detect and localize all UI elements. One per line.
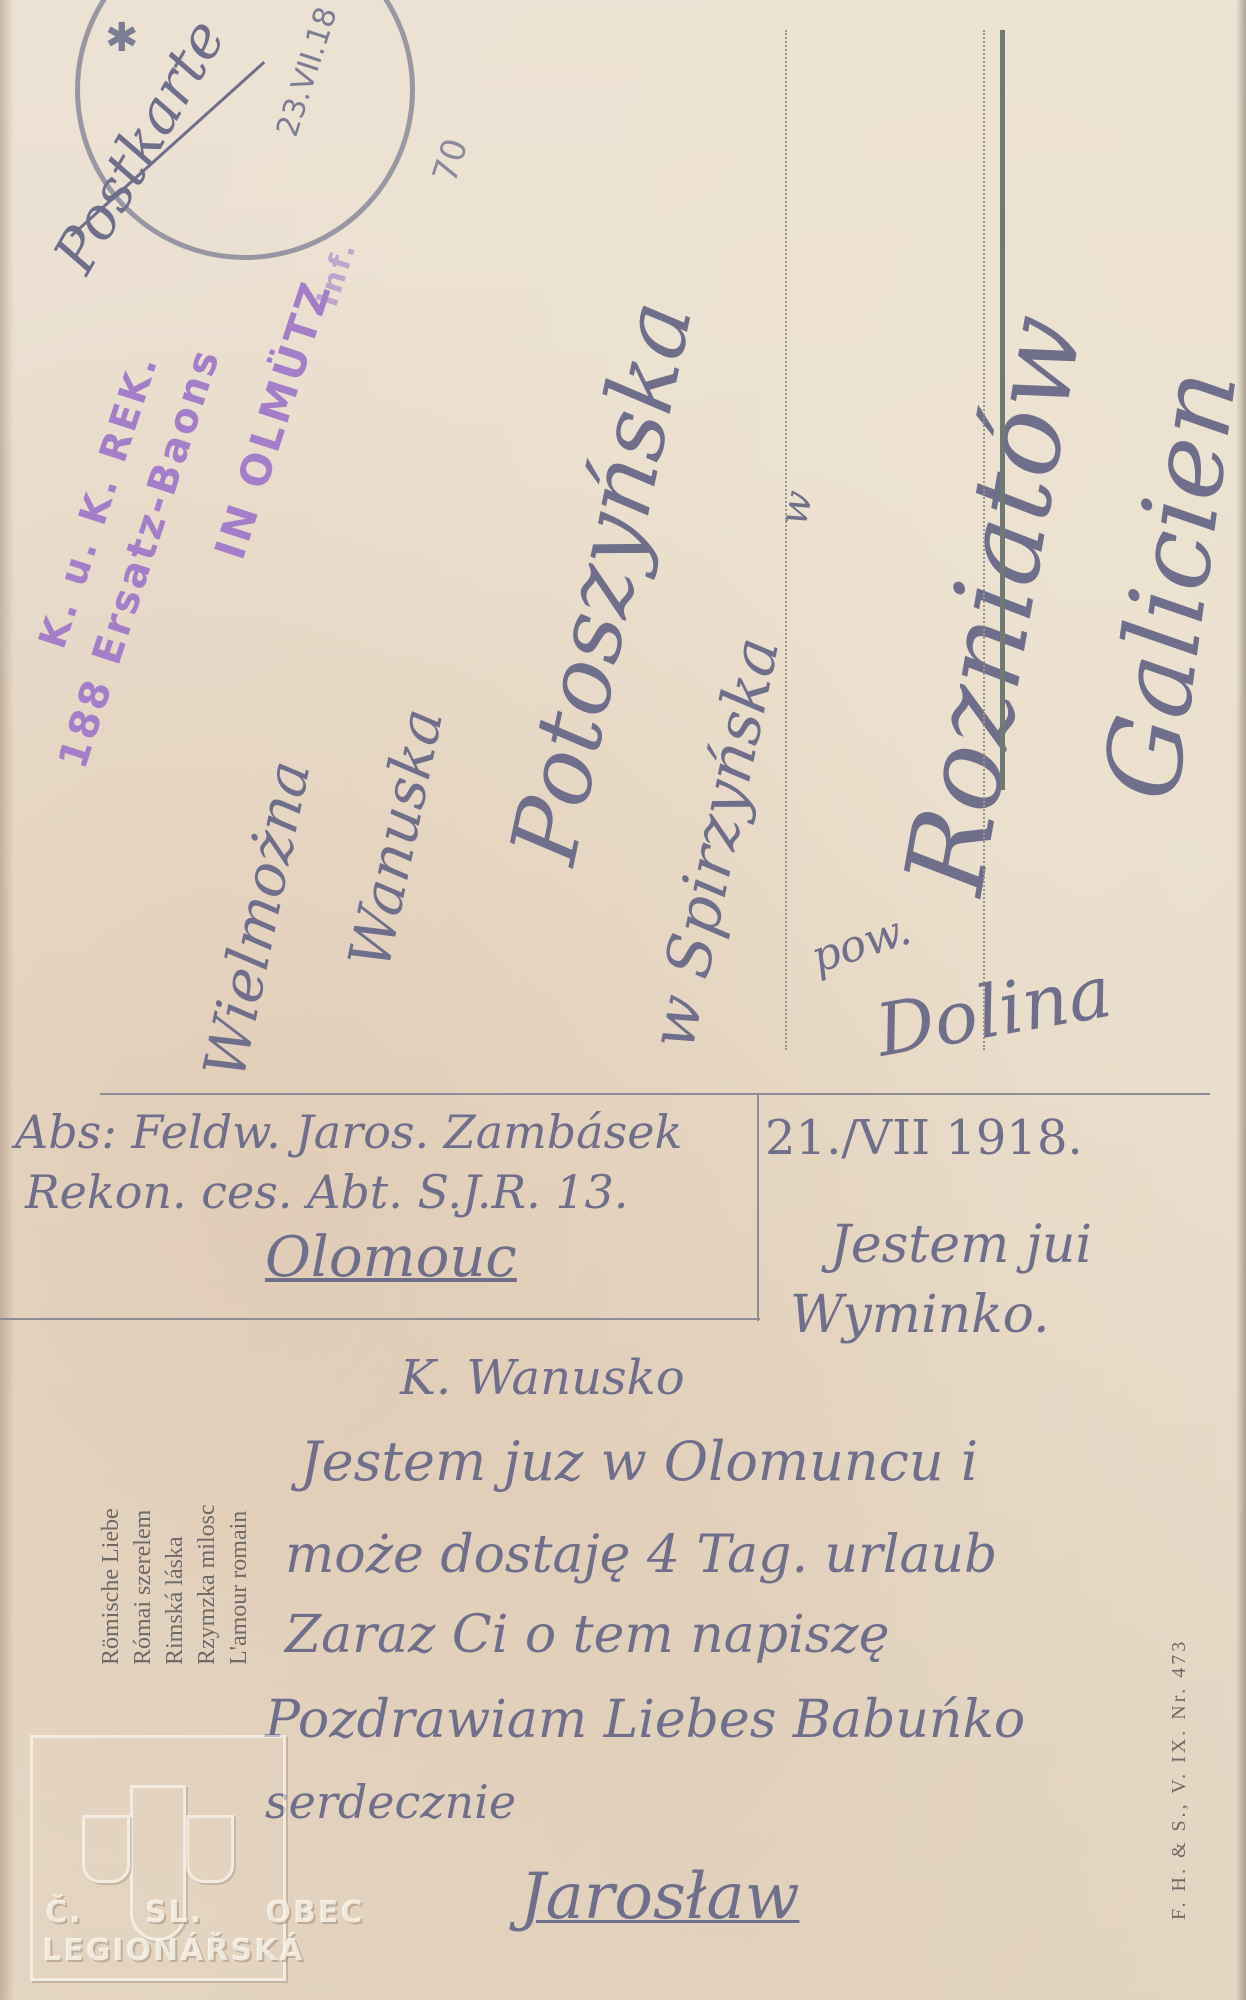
message-line: Pozdrawiam Liebes Babuńko <box>265 1690 1025 1750</box>
unit-stamp-line3: IN OLMÜTZ <box>205 274 341 565</box>
caption-line: Római szerelem <box>130 1510 157 1665</box>
recipient-preposition: w <box>770 486 822 529</box>
letter-date: 21./VII 1918. <box>765 1110 1083 1166</box>
message-signature: Jarosław <box>520 1860 799 1934</box>
emboss-crest-left-icon <box>82 1815 130 1883</box>
recipient-name-line2: Potoszyńska <box>490 292 713 872</box>
address-guide-line-2 <box>983 30 985 1050</box>
postmark-number: 70 <box>425 134 476 188</box>
caption-line: Rimská láska <box>162 1536 189 1665</box>
recipient-town: Rozniatów <box>880 306 1107 903</box>
emboss-crest-right-icon <box>186 1815 234 1883</box>
recipient-name-line1: Wanuska <box>335 702 456 974</box>
sender-box-divider <box>757 1093 759 1321</box>
address-guide-line-1 <box>785 30 787 1050</box>
postcard-back: ✱ 23.VII.18 70 Postkarte K. u. K. REK. 1… <box>0 0 1246 2000</box>
emboss-line1: Č. SL. OBEC <box>45 1895 364 1930</box>
recipient-district-label: pow. <box>805 904 917 984</box>
caption-line: Rzymzka milosc <box>194 1504 221 1665</box>
sender-line2: Rekon. ces. Abt. S.J.R. 13. <box>25 1165 629 1219</box>
recipient-district: Dolina <box>870 949 1117 1073</box>
recipient-name-line3: w Spirzyńska <box>635 631 793 1055</box>
message-line: Zaraz Ci o tem napiszę <box>285 1605 889 1665</box>
sender-line3: Olomouc <box>265 1225 517 1290</box>
date-box-line1: Jestem jui <box>830 1215 1092 1275</box>
paper-edge-left <box>0 0 14 2000</box>
sender-box-bottom-rule <box>0 1318 760 1320</box>
recipient-salutation: Wielmożna <box>190 755 324 1085</box>
publisher-mark: F. H. & S., V. IX. Nr. 473 <box>1168 1639 1191 1920</box>
caption-line: Römische Liebe <box>98 1508 125 1665</box>
address-divider-bar <box>1000 30 1005 790</box>
date-box-line2: Wyminko. <box>790 1285 1050 1345</box>
sender-line1: Abs: Feldw. Jaros. Zambásek <box>15 1105 682 1159</box>
message-line: serdecznie <box>265 1775 516 1829</box>
unit-stamp-fragment: Inf. <box>310 236 364 311</box>
emboss-line2: LEGIONÁŘSKÁ <box>42 1933 304 1968</box>
postmark-star-icon: ✱ <box>105 15 139 61</box>
recipient-region: Galicien <box>1080 363 1246 807</box>
message-line: Jestem juz w Olomuncu i <box>300 1430 978 1493</box>
sender-box-top-rule <box>100 1093 1210 1095</box>
caption-line: L'amour romain <box>226 1511 253 1665</box>
message-line: może dostaję 4 Tag. urlaub <box>285 1525 997 1585</box>
paper-edge-right <box>1236 0 1246 2000</box>
message-greeting: K. Wanusko <box>400 1350 685 1406</box>
